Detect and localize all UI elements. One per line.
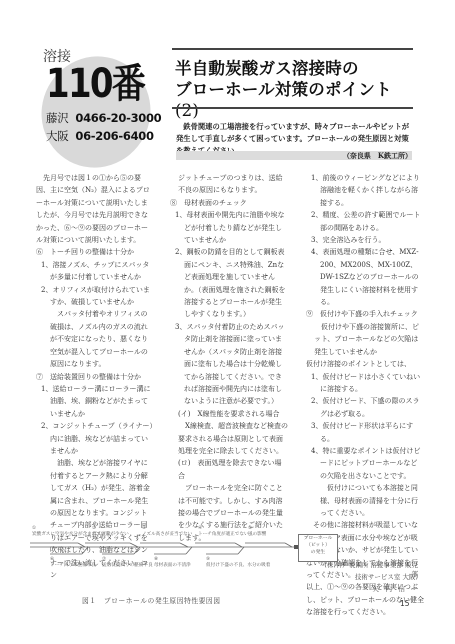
cause-number: ⑨ xyxy=(206,557,210,562)
subsection-b-heading: (ロ) 表面処理を除去できない場合 xyxy=(170,457,288,482)
section-9-note: 仮付けについても本溶接と同様、母材表面の清掃を十分に行ってください。 xyxy=(306,482,424,519)
phone-city: 大阪 xyxy=(46,129,68,143)
cause-number: ⑧ xyxy=(154,557,158,562)
cause-text: 風の影響 xyxy=(248,532,266,537)
cause-label-2: ②ガス流量が少ない xyxy=(92,526,129,538)
section-9-points-intro: 仮付け溶接のポイントとしては、 xyxy=(306,358,424,370)
section-6-item: 1、溶接ノズル、チップにスパッタが多量に付着していませんか xyxy=(36,259,154,284)
title-rule-bottom xyxy=(172,107,413,109)
section-7-item: 2、コンジットチューブ（ライナー）内に油脂、埃などが詰まっていませんか xyxy=(36,420,154,457)
section-9-text: 仮付けや下盛の溶接箇所に、ピット、ブローホールなどの欠陥は発生していませんか xyxy=(306,321,424,358)
cause-label-7: ⑦送給装置回りの整備不良 xyxy=(102,557,153,569)
subsection-a-heading: (イ) X線性能を要求される場合 xyxy=(170,408,288,420)
method-item: 4、表面処理の種類に合せ、MXZ-200、MX200S、MX-100Z、DW-1… xyxy=(306,246,424,308)
cause-text: 送給装置回りの整備不良 xyxy=(102,563,153,568)
cause-label-6: ⑥トーチ回りの整備不良 xyxy=(50,557,96,569)
section-9-item: 3、仮付けビード形状は平らにする。 xyxy=(306,420,424,445)
section-9-item: 4、特に重要なポイントは仮付けビードにピットブローホールなどの欠陥を出さないこと… xyxy=(306,445,424,482)
logo-title: 110番 xyxy=(46,62,144,106)
figure-caption: 図１ ブローホールの発生原因特性要因図 xyxy=(82,595,221,605)
cause-label-3: ③ノズル高さが妥当でない xyxy=(142,526,192,538)
method-item: 3、完全溶込みを行う。 xyxy=(306,234,424,246)
cause-number: ⑦ xyxy=(102,557,106,562)
section-8-heading: ⑧ 母材表面のチェック xyxy=(170,197,288,209)
section-8-item: 3、スパッタ付着防止のためスパッタ防止剤を溶接面に塗っていませんか（スパッタ防止… xyxy=(170,321,288,408)
cause-number: ④ xyxy=(198,526,202,531)
effect-line: （ピット） xyxy=(299,542,337,549)
effect-line: の発生 xyxy=(299,549,337,556)
section-7-heading: ⑦ 送給装置回りの整備は十分か xyxy=(36,371,154,383)
cause-text: ガス流量が少ない xyxy=(92,532,129,537)
method-item: 1、前後のウィービングなどにより溶融池を軽くかく拌しながら溶接する。 xyxy=(306,172,424,209)
cause-label-8: ⑧母材表面の不清浄 xyxy=(154,557,191,569)
title-line-1: 半自動炭酸ガス溶接時の xyxy=(175,58,415,79)
effect-line: ブローホール xyxy=(299,535,337,542)
lead-source: （奈良県 K鉄工所） xyxy=(176,151,412,160)
section-9-item: 2、仮付けビード、下盛の際のスラグは必ず取る。 xyxy=(306,395,424,420)
title-part: (2) xyxy=(175,101,199,120)
section-7-item: 1、送給ローラー溝にローラー溝に油脂、埃、銅粉などがたまっていませんか xyxy=(36,383,154,420)
effect-box: ブローホール （ピット） の発生 xyxy=(298,534,338,562)
cause-text: 母材表面の不清浄 xyxy=(154,563,191,568)
cause-label-9: ⑨仮付け下盛の不良、水分の吸着 xyxy=(206,557,270,569)
section-9-item: 1、仮付けビードは小さくていねいに溶接する。 xyxy=(306,371,424,396)
phone-osaka: 大阪06-206-6400 xyxy=(46,128,154,144)
continued-text: ジットチューブのつまりは、送給不良の原因にもなります。 xyxy=(170,172,288,197)
section-6-item: 2、オリフィスが取付けられていますか、破損していませんか xyxy=(36,284,154,309)
cause-number: ③ xyxy=(142,526,146,531)
phone-number: 06-206-6400 xyxy=(75,129,153,143)
cause-label-4: ④トーチ角度が適正でない xyxy=(198,526,249,538)
section-6-heading: ⑥ トーチ回りの整備は十分か xyxy=(36,246,154,258)
cause-text: ノズル高さが妥当でない xyxy=(142,532,192,537)
cause-text: 仮付け下盛の不良、水分の吸着 xyxy=(206,563,270,568)
column-2: ジットチューブのつまりは、送給不良の原因にもなります。 ⑧ 母材表面のチェック … xyxy=(170,172,288,544)
phone-city: 藤沢 xyxy=(46,111,68,125)
cause-number: ① xyxy=(32,526,36,531)
title-line-2-text: ブローホール対策のポイント xyxy=(175,80,392,99)
phone-number: 0466-20-3000 xyxy=(75,111,161,125)
article-title: 半自動炭酸ガス溶接時の ブローホール対策のポイント(2) xyxy=(175,58,415,121)
intro-paragraph: 先月号では図１の①から⑤の要因、主に空気（N₂）混入によるブローホール対策につい… xyxy=(36,172,154,246)
cause-number: ② xyxy=(92,526,96,531)
method-item: 2、精度、公差の許す範囲でルート部の間隔をあける。 xyxy=(306,209,424,234)
section-8-item: 2、鋼板の防錆を目的として鋼板表面にペンキ、ニス特殊油、Znなど表面処理を施して… xyxy=(170,246,288,320)
section-6-note: スパッタ付着やオリフィスの破損は、ノズル内のガスの流れが不安定になったり、悪くな… xyxy=(36,308,154,370)
cause-number: ⑥ xyxy=(50,557,54,562)
subsection-a-text: X線検査、超音波検査など検査の要求される場合は原則として表面処理を完全に除去して… xyxy=(170,420,288,457)
cause-text: トーチ回りの整備不良 xyxy=(50,563,96,568)
cause-number: ⑤ xyxy=(248,526,252,531)
cause-label-5: ⑤風の影響 xyxy=(248,526,266,538)
fishbone-diagram: ①炭酸ガスに空気や水分が含まれている ②ガス流量が少ない ③ノズル高さが妥当でな… xyxy=(30,524,425,604)
phone-fujisawa: 藤沢0466-20-3000 xyxy=(46,110,161,126)
section-8-item: 1、母材表面や開先内に油脂や埃などが付着したり錆などが発生していませんか xyxy=(170,209,288,246)
section-9-heading: ⑨ 仮付けや下盛の手入れチェック xyxy=(306,308,424,320)
column-1: 先月号では図１の①から⑤の要因、主に空気（N₂）混入によるブローホール対策につい… xyxy=(36,172,154,581)
title-rule-top xyxy=(172,48,413,50)
title-line-2: ブローホール対策のポイント(2) xyxy=(175,79,415,121)
cause-text: トーチ角度が適正でない xyxy=(198,532,249,537)
